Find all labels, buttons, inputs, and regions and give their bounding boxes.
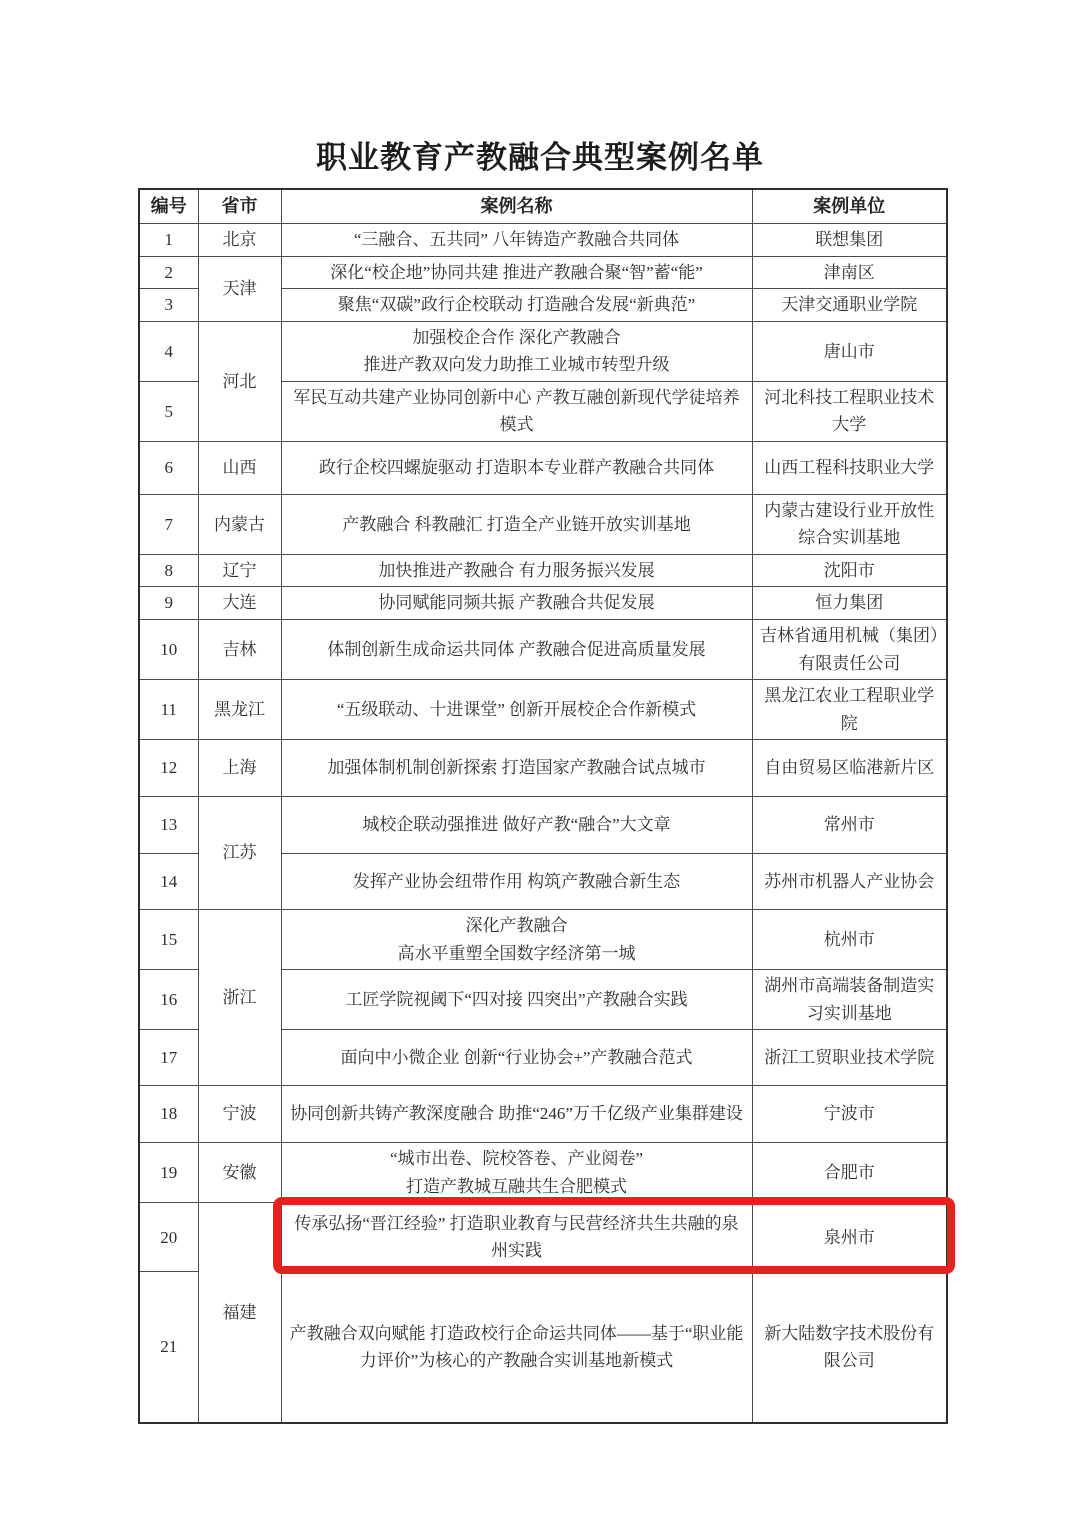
row-number-cell: 21 — [139, 1272, 198, 1423]
province-cell: 内蒙古 — [198, 494, 281, 554]
case-unit-cell: 宁波市 — [752, 1086, 947, 1143]
row-number-cell: 19 — [139, 1143, 198, 1203]
case-name-cell: 工匠学院视阈下“四对接 四突出”产教融合实践 — [281, 970, 752, 1030]
column-header-4: 案例单位 — [752, 189, 947, 224]
row-number-cell: 16 — [139, 970, 198, 1030]
row-number-cell: 9 — [139, 587, 198, 620]
table-row: 7内蒙古产教融合 科教融汇 打造全产业链开放实训基地内蒙古建设行业开放性综合实训… — [139, 494, 947, 554]
case-unit-cell: 联想集团 — [752, 224, 947, 257]
province-cell: 河北 — [198, 321, 281, 441]
case-name-cell: 协同创新共铸产教深度融合 助推“246”万千亿级产业集群建设 — [281, 1086, 752, 1143]
case-name-cell: 军民互动共建产业协同创新中心 产教互融创新现代学徒培养模式 — [281, 381, 752, 441]
case-unit-cell: 自由贸易区临港新片区 — [752, 740, 947, 797]
case-name-cell: 协同赋能同频共振 产教融合共促发展 — [281, 587, 752, 620]
province-cell: 黑龙江 — [198, 680, 281, 740]
row-number-cell: 18 — [139, 1086, 198, 1143]
row-number-cell: 8 — [139, 554, 198, 587]
province-cell: 天津 — [198, 256, 281, 321]
case-name-cell: 聚焦“双碳”政行企校联动 打造融合发展“新典范” — [281, 289, 752, 322]
case-unit-cell: 常州市 — [752, 797, 947, 854]
column-header-3: 案例名称 — [281, 189, 752, 224]
case-unit-cell: 沈阳市 — [752, 554, 947, 587]
case-unit-cell: 恒力集团 — [752, 587, 947, 620]
case-unit-cell: 苏州市机器人产业协会 — [752, 854, 947, 910]
row-number-cell: 15 — [139, 910, 198, 970]
case-name-cell: “城市出卷、院校答卷、产业阅卷” 打造产教城互融共生合肥模式 — [281, 1143, 752, 1203]
table-row: 13江苏城校企联动强推进 做好产教“融合”大文章常州市 — [139, 797, 947, 854]
case-name-cell: 加强校企合作 深化产教融合 推进产教双向发力助推工业城市转型升级 — [281, 321, 752, 381]
case-name-cell: 加快推进产教融合 有力服务振兴发展 — [281, 554, 752, 587]
province-cell: 江苏 — [198, 797, 281, 910]
table-row: 11黑龙江“五级联动、十进课堂” 创新开展校企合作新模式黑龙江农业工程职业学院 — [139, 680, 947, 740]
row-number-cell: 12 — [139, 740, 198, 797]
table-row: 15浙江深化产教融合 高水平重塑全国数字经济第一城杭州市 — [139, 910, 947, 970]
province-cell: 安徽 — [198, 1143, 281, 1203]
province-cell: 北京 — [198, 224, 281, 257]
case-name-cell: “三融合、五共同” 八年铸造产教融合共同体 — [281, 224, 752, 257]
case-unit-cell: 吉林省通用机械（集团）有限责任公司 — [752, 620, 947, 680]
case-name-cell: 体制创新生成命运共同体 产教融合促进高质量发展 — [281, 620, 752, 680]
case-name-cell: 政行企校四螺旋驱动 打造职本专业群产教融合共同体 — [281, 441, 752, 494]
column-header-2: 省市 — [198, 189, 281, 224]
table-row: 10吉林体制创新生成命运共同体 产教融合促进高质量发展吉林省通用机械（集团）有限… — [139, 620, 947, 680]
case-unit-cell: 浙江工贸职业技术学院 — [752, 1030, 947, 1086]
row-number-cell: 5 — [139, 381, 198, 441]
table-row: 12上海加强体制机制创新探索 打造国家产教融合试点城市自由贸易区临港新片区 — [139, 740, 947, 797]
province-cell: 浙江 — [198, 910, 281, 1086]
table-row: 1北京“三融合、五共同” 八年铸造产教融合共同体联想集团 — [139, 224, 947, 257]
table-row: 19安徽“城市出卷、院校答卷、产业阅卷” 打造产教城互融共生合肥模式合肥市 — [139, 1143, 947, 1203]
case-unit-cell: 湖州市高端装备制造实习实训基地 — [752, 970, 947, 1030]
row-number-cell: 14 — [139, 854, 198, 910]
row-number-cell: 3 — [139, 289, 198, 322]
province-cell: 宁波 — [198, 1086, 281, 1143]
case-unit-cell: 杭州市 — [752, 910, 947, 970]
case-name-cell: 传承弘扬“晋江经验” 打造职业教育与民营经济共生共融的泉州实践 — [281, 1203, 752, 1272]
case-unit-cell: 河北科技工程职业技术大学 — [752, 381, 947, 441]
table-row: 4河北加强校企合作 深化产教融合 推进产教双向发力助推工业城市转型升级唐山市 — [139, 321, 947, 381]
row-number-cell: 2 — [139, 256, 198, 289]
table-row: 2天津深化“校企地”协同共建 推进产教融合聚“智”蓄“能”津南区 — [139, 256, 947, 289]
case-unit-cell: 内蒙古建设行业开放性综合实训基地 — [752, 494, 947, 554]
page-title: 职业教育产教融合典型案例名单 — [0, 132, 1080, 177]
province-cell: 上海 — [198, 740, 281, 797]
cases-table: 编号省市案例名称案例单位 1北京“三融合、五共同” 八年铸造产教融合共同体联想集… — [138, 188, 948, 1424]
table-header: 编号省市案例名称案例单位 — [139, 189, 947, 224]
row-number-cell: 7 — [139, 494, 198, 554]
table-body: 1北京“三融合、五共同” 八年铸造产教融合共同体联想集团2天津深化“校企地”协同… — [139, 224, 947, 1423]
province-cell: 大连 — [198, 587, 281, 620]
case-unit-cell: 泉州市 — [752, 1203, 947, 1272]
row-number-cell: 11 — [139, 680, 198, 740]
province-cell: 辽宁 — [198, 554, 281, 587]
province-cell: 山西 — [198, 441, 281, 494]
case-name-cell: 发挥产业协会纽带作用 构筑产教融合新生态 — [281, 854, 752, 910]
header-row: 编号省市案例名称案例单位 — [139, 189, 947, 224]
case-unit-cell: 津南区 — [752, 256, 947, 289]
case-name-cell: 产教融合双向赋能 打造政校行企命运共同体——基于“职业能力评价”为核心的产教融合… — [281, 1272, 752, 1423]
case-unit-cell: 黑龙江农业工程职业学院 — [752, 680, 947, 740]
case-name-cell: 城校企联动强推进 做好产教“融合”大文章 — [281, 797, 752, 854]
table-row: 18宁波协同创新共铸产教深度融合 助推“246”万千亿级产业集群建设宁波市 — [139, 1086, 947, 1143]
row-number-cell: 17 — [139, 1030, 198, 1086]
case-unit-cell: 天津交通职业学院 — [752, 289, 947, 322]
case-unit-cell: 山西工程科技职业大学 — [752, 441, 947, 494]
row-number-cell: 4 — [139, 321, 198, 381]
table-row: 8辽宁加快推进产教融合 有力服务振兴发展沈阳市 — [139, 554, 947, 587]
column-header-1: 编号 — [139, 189, 198, 224]
table-row: 9大连协同赋能同频共振 产教融合共促发展恒力集团 — [139, 587, 947, 620]
table-row: 6山西政行企校四螺旋驱动 打造职本专业群产教融合共同体山西工程科技职业大学 — [139, 441, 947, 494]
case-unit-cell: 合肥市 — [752, 1143, 947, 1203]
case-name-cell: 加强体制机制创新探索 打造国家产教融合试点城市 — [281, 740, 752, 797]
table-row: 20福建传承弘扬“晋江经验” 打造职业教育与民营经济共生共融的泉州实践泉州市 — [139, 1203, 947, 1272]
case-name-cell: 深化产教融合 高水平重塑全国数字经济第一城 — [281, 910, 752, 970]
case-unit-cell: 唐山市 — [752, 321, 947, 381]
row-number-cell: 10 — [139, 620, 198, 680]
case-name-cell: 面向中小微企业 创新“行业协会+”产教融合范式 — [281, 1030, 752, 1086]
province-cell: 吉林 — [198, 620, 281, 680]
case-unit-cell: 新大陆数字技术股份有限公司 — [752, 1272, 947, 1423]
case-name-cell: 产教融合 科教融汇 打造全产业链开放实训基地 — [281, 494, 752, 554]
row-number-cell: 6 — [139, 441, 198, 494]
case-name-cell: 深化“校企地”协同共建 推进产教融合聚“智”蓄“能” — [281, 256, 752, 289]
province-cell: 福建 — [198, 1203, 281, 1423]
row-number-cell: 20 — [139, 1203, 198, 1272]
document-page: 职业教育产教融合典型案例名单 编号省市案例名称案例单位 1北京“三融合、五共同”… — [0, 0, 1080, 1528]
case-name-cell: “五级联动、十进课堂” 创新开展校企合作新模式 — [281, 680, 752, 740]
row-number-cell: 13 — [139, 797, 198, 854]
row-number-cell: 1 — [139, 224, 198, 257]
